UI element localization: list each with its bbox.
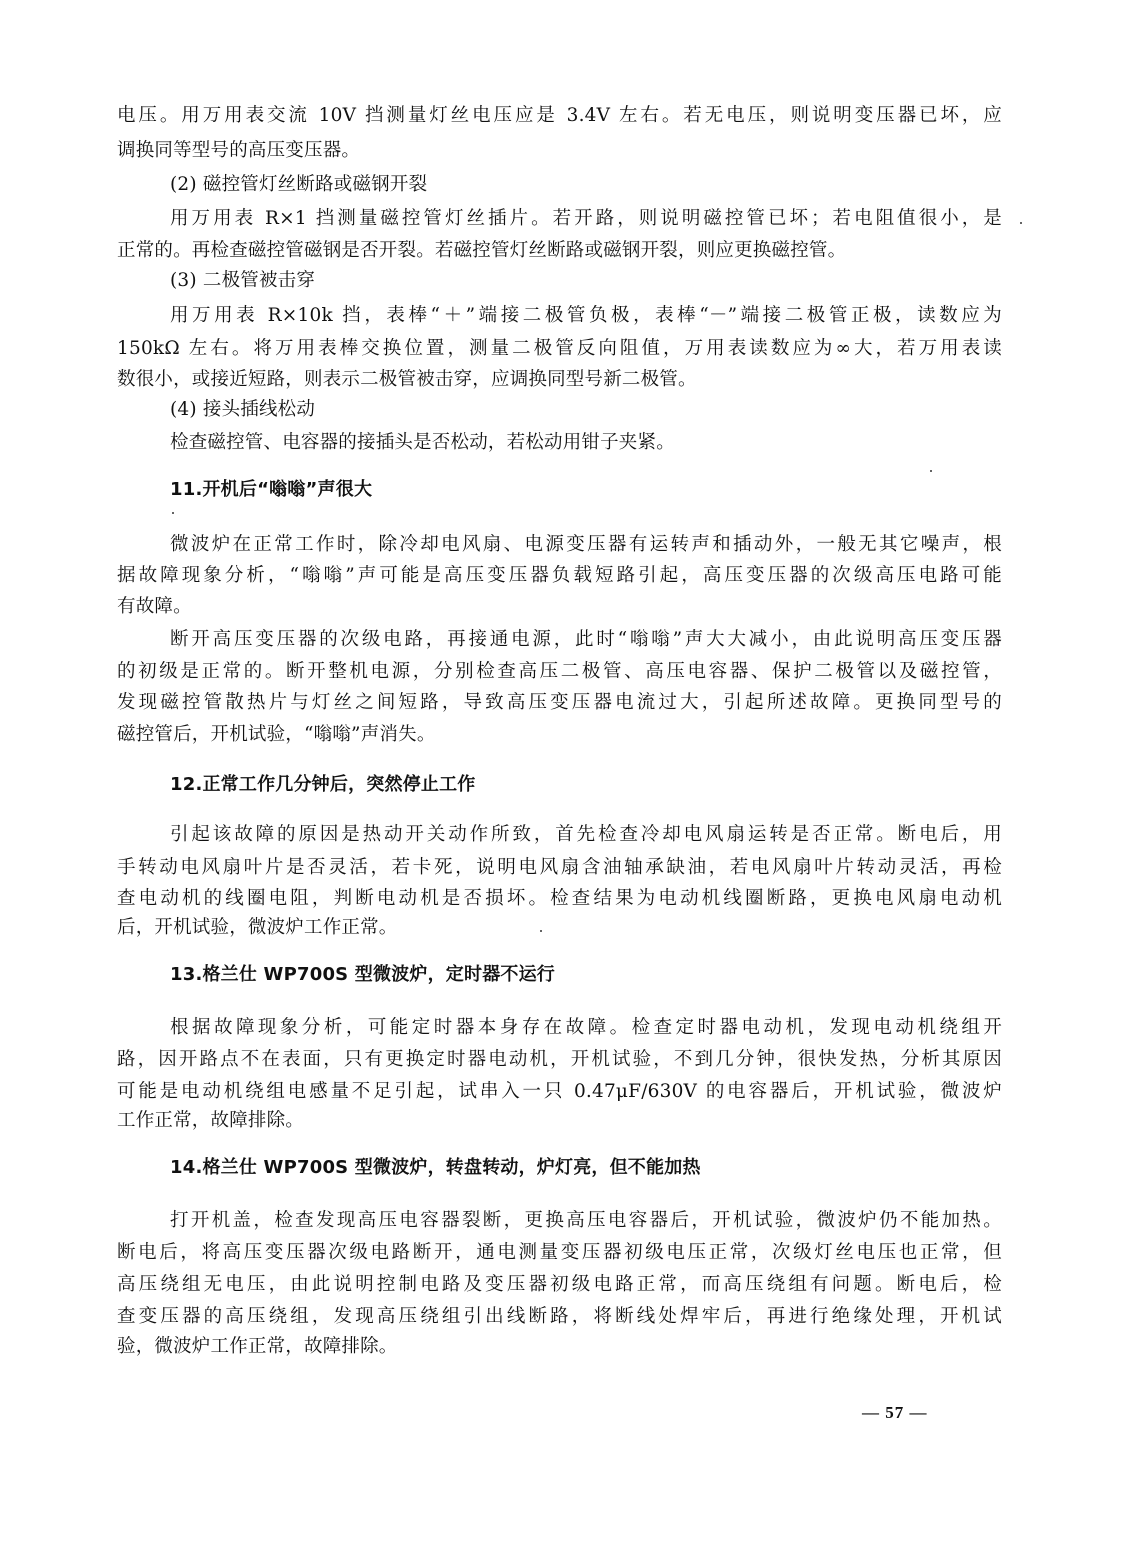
paragraph-line: 断电后，将高压变压器次级电路断开，通电测量变压器初级电压正常，次级灯丝电压也正常… bbox=[117, 1240, 1002, 1266]
paragraph-line: 验，微波炉工作正常，故障排除。 bbox=[117, 1334, 1002, 1360]
paragraph-line: 的初级是正常的。断开整机电源，分别检查高压二极管、高压电容器、保护二极管以及磁控… bbox=[117, 659, 1002, 685]
paragraph-line: 调换同等型号的高压变压器。 bbox=[117, 138, 1002, 164]
paragraph-line: 查电动机的线圈电阻，判断电动机是否损坏。检查结果为电动机线圈断路，更换电风扇电动… bbox=[117, 886, 1002, 912]
paragraph-line: 引起该故障的原因是热动开关动作所致，首先检查冷却电风扇运转是否正常。断电后，用 bbox=[170, 822, 1002, 848]
paragraph-line: 路，因开路点不在表面，只有更换定时器电动机，开机试验，不到几分钟，很快发热，分析… bbox=[117, 1047, 1002, 1073]
paragraph-line: 断开高压变压器的次级电路，再接通电源，此时“嗡嗡”声大大减小，由此说明高压变压器 bbox=[170, 627, 1002, 653]
paragraph-line: 数很小，或接近短路，则表示二极管被击穿，应调换同型号新二极管。 bbox=[117, 367, 1002, 393]
section-heading-11: 11.开机后“嗡嗡”声很大 bbox=[170, 477, 1002, 503]
paragraph-line: 正常的。再检查磁控管磁钢是否开裂。若磁控管灯丝断路或磁钢开裂，则应更换磁控管。 bbox=[117, 238, 1002, 264]
paragraph-line: 工作正常，故障排除。 bbox=[117, 1108, 1002, 1134]
section-heading-14: 14.格兰仕 WP700S 型微波炉，转盘转动，炉灯亮，但不能加热 bbox=[170, 1155, 1002, 1181]
section-heading-13: 13.格兰仕 WP700S 型微波炉，定时器不运行 bbox=[170, 962, 1002, 988]
paragraph-line: 根据故障现象分析，可能定时器本身存在故障。检查定时器电动机，发现电动机绕组开 bbox=[170, 1015, 1002, 1041]
paragraph-line: 150kΩ 左右。将万用表棒交换位置，测量二极管反向阻值，万用表读数应为∞大，若… bbox=[117, 336, 1002, 362]
document-page: 电压。用万用表交流 10V 挡测量灯丝电压应是 3.4V 左右。若无电压，则说明… bbox=[0, 0, 1138, 1568]
paragraph-line: 检查磁控管、电容器的接插头是否松动，若松动用钳子夹紧。 bbox=[170, 430, 1002, 456]
paragraph-line: 手转动电风扇叶片是否灵活，若卡死，说明电风扇含油轴承缺油，若电风扇叶片转动灵活，… bbox=[117, 855, 1002, 881]
paragraph-line: 有故障。 bbox=[117, 594, 1002, 620]
paragraph-line: 发现磁控管散热片与灯丝之间短路，导致高压变压器电流过大，引起所述故障。更换同型号… bbox=[117, 690, 1002, 716]
section-heading-12: 12.正常工作几分钟后，突然停止工作 bbox=[170, 772, 1002, 798]
scan-speck bbox=[1020, 222, 1022, 224]
subheading: (4) 接头插线松动 bbox=[170, 397, 1002, 423]
paragraph-line: 用万用表 R×10k 挡，表棒“＋”端接二极管负极，表棒“－”端接二极管正极，读… bbox=[170, 303, 1002, 329]
paragraph-line: 用万用表 R×1 挡测量磁控管灯丝插片。若开路，则说明磁控管已坏；若电阻值很小，… bbox=[170, 206, 1002, 232]
paragraph-line: 据故障现象分析，“嗡嗡”声可能是高压变压器负载短路引起，高压变压器的次级高压电路… bbox=[117, 563, 1002, 589]
paragraph-line: 可能是电动机绕组电感量不足引起，试串入一只 0.47μF/630V 的电容器后，… bbox=[117, 1079, 1002, 1105]
paragraph-line: 打开机盖，检查发现高压电容器裂断，更换高压电容器后，开机试验，微波炉仍不能加热。 bbox=[170, 1208, 1002, 1234]
scan-speck bbox=[930, 470, 932, 472]
scan-speck bbox=[540, 930, 542, 932]
paragraph-line: 高压绕组无电压，由此说明控制电路及变压器初级电路正常，而高压绕组有问题。断电后，… bbox=[117, 1272, 1002, 1298]
paragraph-line: 微波炉在正常工作时，除冷却电风扇、电源变压器有运转声和插动外，一般无其它噪声，根 bbox=[170, 532, 1002, 558]
page-number: — 57 — bbox=[862, 1403, 928, 1423]
paragraph-line: 磁控管后，开机试验，“嗡嗡”声消失。 bbox=[117, 722, 1002, 748]
paragraph-line: 后，开机试验，微波炉工作正常。 bbox=[117, 915, 1002, 941]
scan-speck bbox=[172, 512, 174, 514]
subheading: (2) 磁控管灯丝断路或磁钢开裂 bbox=[170, 172, 1002, 198]
subheading: (3) 二极管被击穿 bbox=[170, 268, 1002, 294]
paragraph-line: 查变压器的高压绕组，发现高压绕组引出线断路，将断线处焊牢后，再进行绝缘处理，开机… bbox=[117, 1304, 1002, 1330]
paragraph-line: 电压。用万用表交流 10V 挡测量灯丝电压应是 3.4V 左右。若无电压，则说明… bbox=[117, 103, 1002, 129]
